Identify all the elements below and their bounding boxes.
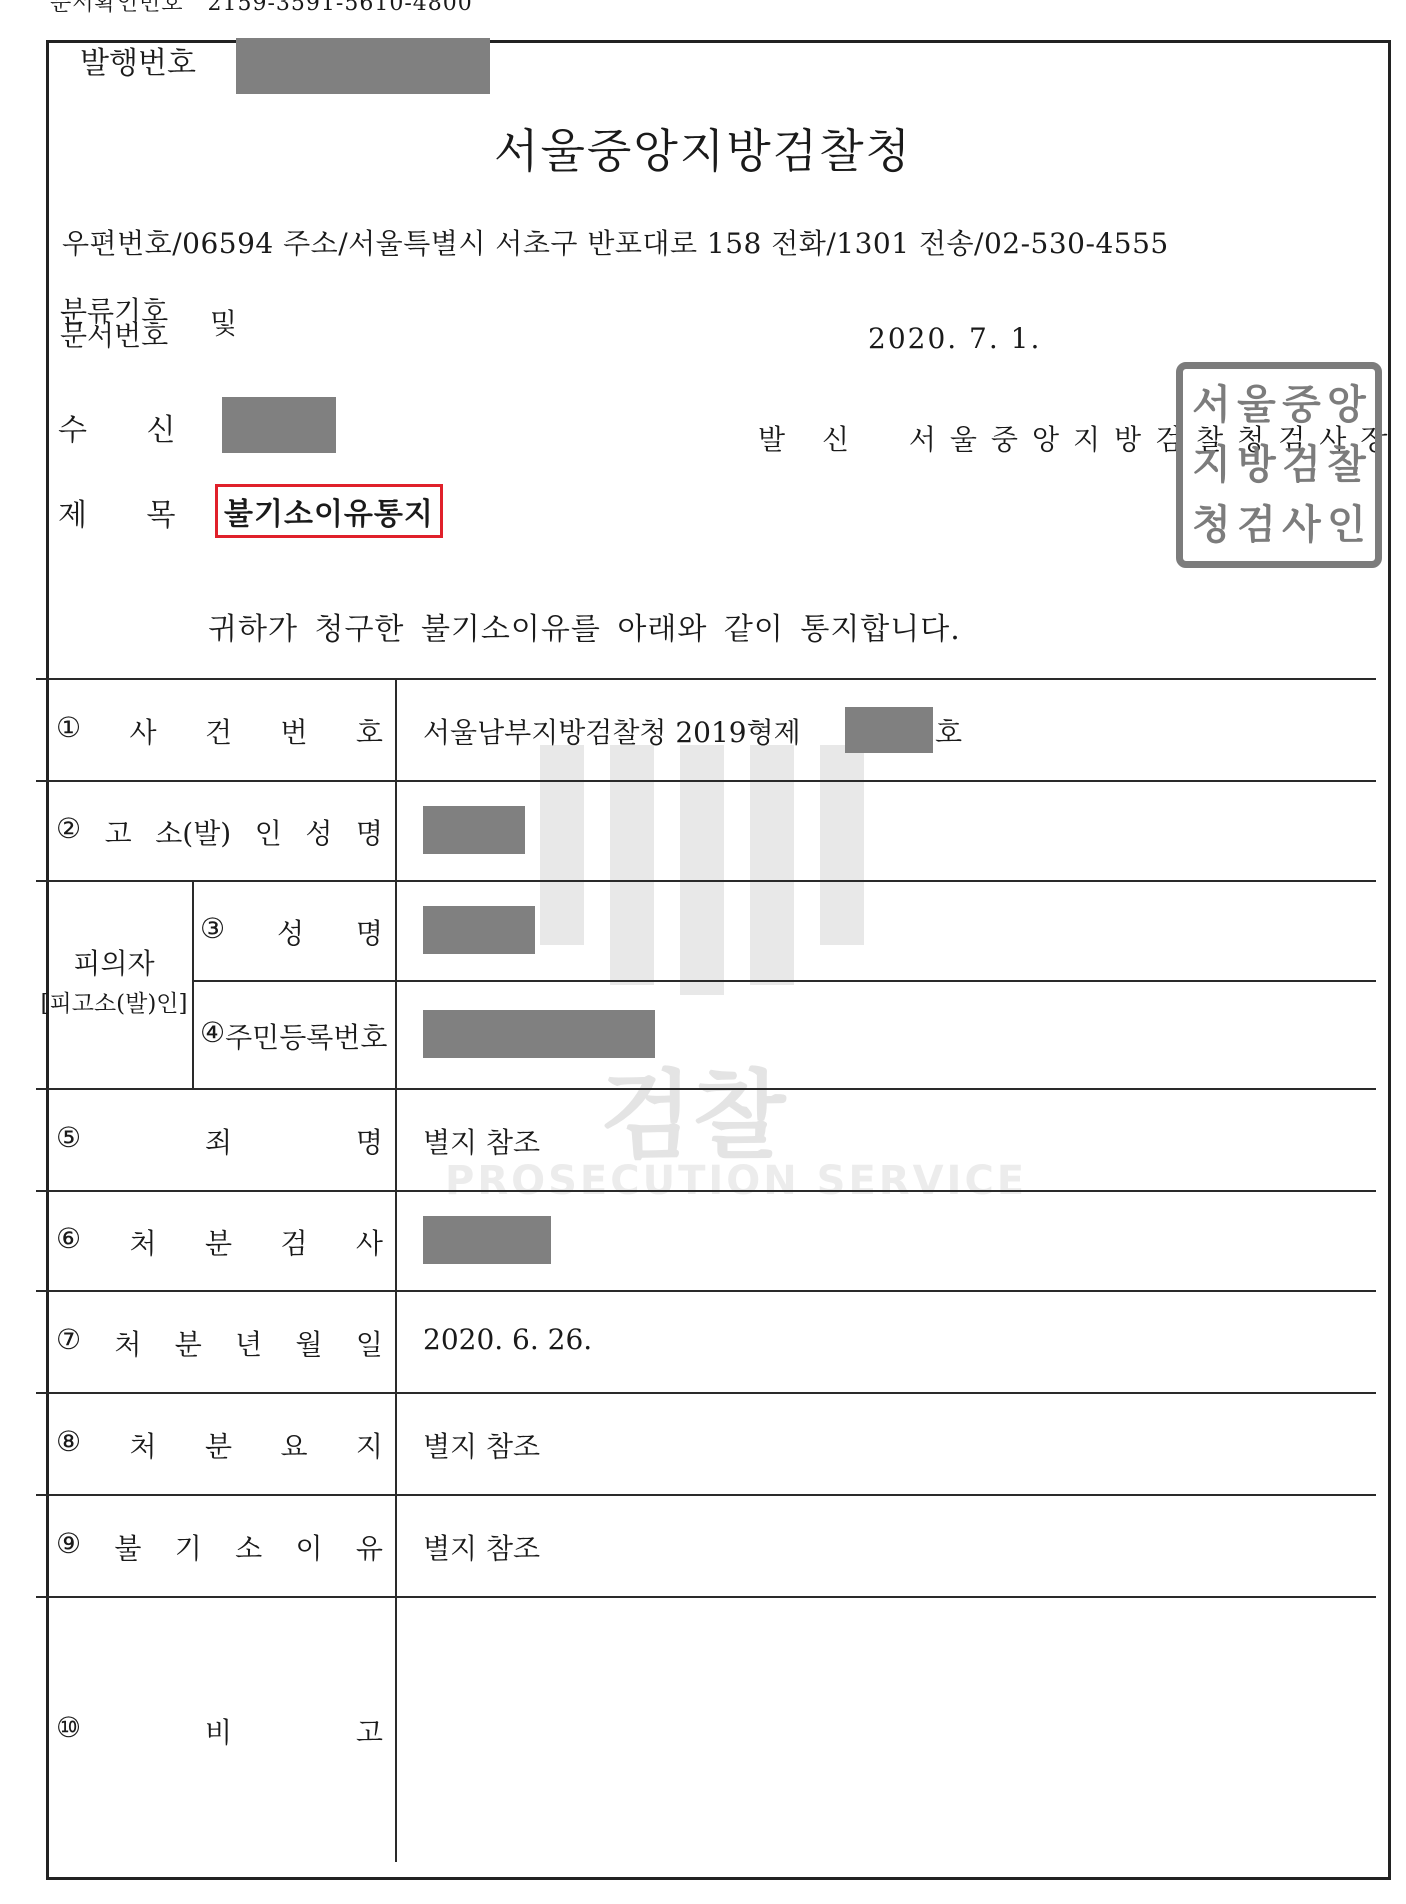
table-row-value: 별지 참조 bbox=[423, 1527, 540, 1567]
stamp-char: 앙 bbox=[1324, 375, 1369, 435]
table-column-divider bbox=[395, 678, 397, 1862]
row-label-part: 처 bbox=[114, 1323, 141, 1363]
redacted-value bbox=[423, 1010, 655, 1058]
doc-confirm-number: 2159-3591-5610-4800 bbox=[208, 0, 473, 16]
row-number: ④ bbox=[200, 1016, 225, 1056]
watermark-english: PROSECUTION SERVICE bbox=[445, 1158, 1027, 1204]
recipient-label: 수 신 bbox=[58, 405, 176, 449]
row-number: ⑩ bbox=[56, 1711, 81, 1751]
row-label-part: 명 bbox=[356, 912, 383, 952]
table-row-divider bbox=[192, 980, 1376, 982]
suspect-group-label: 피의자[피고소(발)인] bbox=[36, 944, 192, 1024]
stamp-char: 찰 bbox=[1324, 435, 1369, 495]
row-label-part: 명 bbox=[356, 1121, 383, 1161]
row-label-part: 불 bbox=[114, 1527, 141, 1567]
table-row-value: 별지 참조 bbox=[423, 1425, 540, 1465]
row-label-part: 요 bbox=[280, 1425, 307, 1465]
table-row-value: 2020. 6. 26. bbox=[423, 1323, 592, 1356]
table-row-divider bbox=[36, 1392, 1376, 1394]
row-number: ③ bbox=[200, 912, 225, 952]
subject-label: 제 목 bbox=[58, 490, 176, 534]
redacted-value bbox=[423, 1216, 551, 1264]
classification-label: 분류기호 문서번호 bbox=[60, 300, 168, 348]
issue-date: 2020. 7. 1. bbox=[868, 322, 1041, 355]
redacted-issue-number bbox=[236, 38, 490, 94]
stamp-char: 청 bbox=[1189, 495, 1234, 555]
subject-highlighted: 불기소이유통지 bbox=[215, 484, 443, 538]
org-title: 서울중앙지방검찰청 bbox=[0, 115, 1406, 181]
redacted-case-number bbox=[845, 707, 933, 753]
row-label-part: 유 bbox=[356, 1527, 383, 1567]
prosecution-logo-watermark bbox=[540, 745, 870, 995]
row-label-part: 비 bbox=[205, 1711, 232, 1751]
row-number: ② bbox=[56, 812, 81, 852]
stamp-char: 검 bbox=[1234, 495, 1279, 555]
class-label-line2: 문서번호 bbox=[60, 324, 168, 348]
row-label-part: 처 bbox=[130, 1425, 157, 1465]
row-label-part: 고 bbox=[356, 1711, 383, 1751]
table-row-label: ⑩비고 bbox=[56, 1711, 383, 1751]
table-row-divider bbox=[36, 1088, 1376, 1090]
table-row-label: ⑨불기소이유 bbox=[56, 1527, 383, 1567]
table-row-divider bbox=[36, 1494, 1376, 1496]
stamp-char: 방 bbox=[1234, 435, 1279, 495]
case-number-suffix: 호 bbox=[935, 711, 962, 751]
row-label-part: 성 bbox=[277, 912, 304, 952]
row-label-part: 처 bbox=[130, 1222, 157, 1262]
suspect-group-divider bbox=[192, 880, 194, 1088]
doc-confirm-label: 문서확인번호 bbox=[50, 0, 184, 16]
stamp-char: 중 bbox=[1279, 375, 1324, 435]
row-label-part: 인 bbox=[255, 812, 282, 852]
stamp-char: 인 bbox=[1324, 495, 1369, 555]
row-label-part: 이 bbox=[296, 1527, 323, 1567]
issue-number-label: 발행번호 bbox=[80, 38, 196, 82]
row-label-part: 사 bbox=[356, 1222, 383, 1262]
table-row-label: ④주민등록번호 bbox=[200, 1016, 383, 1056]
row-label-part: 건 bbox=[205, 711, 232, 751]
redacted-value bbox=[423, 806, 525, 854]
row-label-part: 검 bbox=[280, 1222, 307, 1262]
sender-label: 발 신 bbox=[758, 423, 863, 456]
row-label-part: 년 bbox=[235, 1323, 262, 1363]
table-row-label: ⑧처분요지 bbox=[56, 1425, 383, 1465]
stamp-char: 서 bbox=[1189, 375, 1234, 435]
table-row-label: ①사건번호 bbox=[56, 711, 383, 751]
document-confirmation-number: 문서확인번호 2159-3591-5610-4800 bbox=[50, 0, 473, 17]
row-label-part: 번 bbox=[280, 711, 307, 751]
row-label-part: 월 bbox=[296, 1323, 323, 1363]
stamp-char: 검 bbox=[1279, 435, 1324, 495]
table-row-value: 서울남부지방검찰청 2019형제 bbox=[423, 711, 801, 751]
table-row-value: 별지 참조 bbox=[423, 1121, 540, 1161]
row-number: ① bbox=[56, 711, 81, 751]
row-label-part: 소(발) bbox=[155, 812, 231, 852]
watermark-korean: 검찰 bbox=[600, 1040, 785, 1177]
table-row-label: ③성명 bbox=[200, 912, 383, 952]
row-label-part: 분 bbox=[205, 1425, 232, 1465]
row-label-part: 고 bbox=[105, 812, 132, 852]
redacted-value bbox=[423, 906, 535, 954]
row-label-part: 명 bbox=[356, 812, 383, 852]
redacted-recipient bbox=[222, 397, 336, 453]
table-row-label: ⑥처분검사 bbox=[56, 1222, 383, 1262]
table-row-divider bbox=[36, 880, 1376, 882]
row-label-part: 소 bbox=[235, 1527, 262, 1567]
row-label-part: 분 bbox=[175, 1323, 202, 1363]
table-row-label: ⑤죄명 bbox=[56, 1121, 383, 1161]
row-label-part: 기 bbox=[175, 1527, 202, 1567]
row-label-part: 성 bbox=[305, 812, 332, 852]
official-seal-stamp: 서울중앙지방검찰청검사인 bbox=[1176, 362, 1382, 568]
notice-text: 귀하가 청구한 불기소이유를 아래와 같이 통지합니다. bbox=[208, 604, 961, 648]
row-number: ⑤ bbox=[56, 1121, 81, 1161]
table-row-divider bbox=[36, 1596, 1376, 1598]
address-line: 우편번호/06594 주소/서울특별시 서초구 반포대로 158 전화/1301… bbox=[62, 222, 1169, 262]
stamp-char: 지 bbox=[1189, 435, 1234, 495]
stamp-char: 사 bbox=[1279, 495, 1324, 555]
row-label-part: 지 bbox=[356, 1425, 383, 1465]
row-label-part: 분 bbox=[205, 1222, 232, 1262]
row-label-part: 일 bbox=[356, 1323, 383, 1363]
classification-and: 및 bbox=[210, 302, 237, 342]
table-row-divider bbox=[36, 1190, 1376, 1192]
row-number: ⑦ bbox=[56, 1323, 81, 1363]
table-row-divider bbox=[36, 780, 1376, 782]
suspect-group-line2: [피고소(발)인] bbox=[36, 984, 192, 1024]
row-label-part: 죄 bbox=[205, 1121, 232, 1161]
table-top-border bbox=[36, 678, 1376, 680]
row-label-part: 사 bbox=[130, 711, 157, 751]
table-row-label: ②고소(발)인성명 bbox=[56, 812, 383, 852]
row-number: ⑧ bbox=[56, 1425, 81, 1465]
row-number: ⑨ bbox=[56, 1527, 81, 1567]
row-label-part: 주민등록번호 bbox=[225, 1016, 387, 1056]
table-row-label: ⑦처분년월일 bbox=[56, 1323, 383, 1363]
suspect-group-line1: 피의자 bbox=[36, 944, 192, 984]
table-row-divider bbox=[36, 1290, 1376, 1292]
row-number: ⑥ bbox=[56, 1222, 81, 1262]
row-label-part: 호 bbox=[356, 711, 383, 751]
stamp-char: 울 bbox=[1234, 375, 1279, 435]
